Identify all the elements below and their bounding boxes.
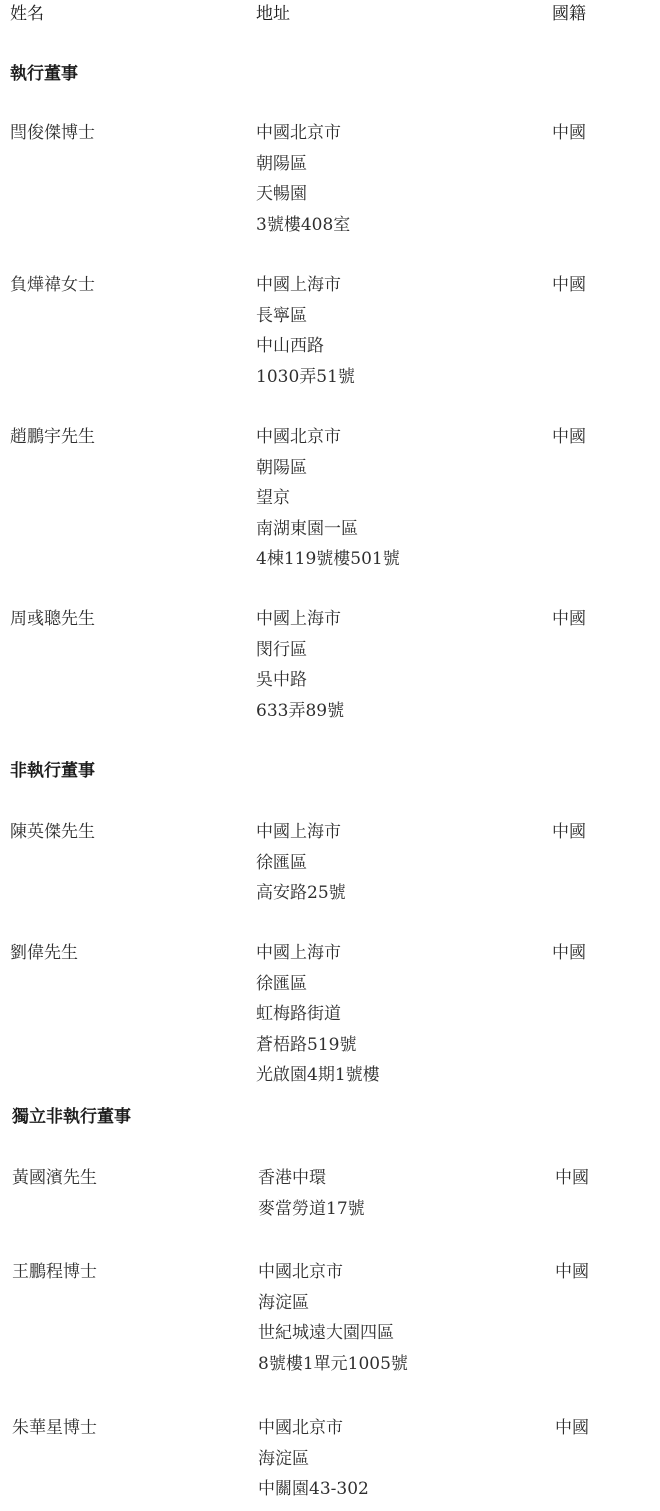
director-address: 中國上海市 徐匯區 虹梅路街道 蒼梧路519號 光啟園4期1號樓 xyxy=(256,938,380,1091)
director-nationality: 中國 xyxy=(552,607,586,631)
address-line: 海淀區 xyxy=(258,1444,369,1475)
director-nationality: 中國 xyxy=(552,273,586,297)
column-header-name: 姓名 xyxy=(10,2,44,26)
address-line: 中國上海市 xyxy=(256,938,380,969)
address-line: 中國北京市 xyxy=(258,1257,408,1288)
director-name: 朱華星博士 xyxy=(12,1416,97,1440)
director-address: 中國北京市 朝陽區 望京 南湖東園一區 4棟119號樓501號 xyxy=(256,422,400,575)
address-line: 中國北京市 xyxy=(256,422,400,453)
address-line: 長寧區 xyxy=(256,301,355,332)
director-name: 閆俊傑博士 xyxy=(10,121,95,145)
director-address: 中國上海市 閔行區 吳中路 633弄89號 xyxy=(256,604,344,726)
director-name: 負燁禕女士 xyxy=(10,273,95,297)
address-line: 虹梅路街道 xyxy=(256,999,380,1030)
address-line: 中山西路 xyxy=(256,331,355,362)
address-line: 閔行區 xyxy=(256,635,344,666)
address-line: 8號樓1單元1005號 xyxy=(258,1349,408,1380)
address-line: 朝陽區 xyxy=(256,149,350,180)
section-title-executive-directors: 執行董事 xyxy=(10,62,78,86)
address-line: 海淀區 xyxy=(258,1288,408,1319)
director-name: 陳英傑先生 xyxy=(10,820,95,844)
director-address: 中國上海市 長寧區 中山西路 1030弄51號 xyxy=(256,270,355,392)
address-line: 香港中環 xyxy=(258,1163,365,1194)
address-line: 朝陽區 xyxy=(256,453,400,484)
address-line: 高安路25號 xyxy=(256,878,346,909)
director-address: 香港中環 麥當勞道17號 xyxy=(258,1163,365,1224)
address-line: 吳中路 xyxy=(256,665,344,696)
address-line: 中關園43-302 xyxy=(258,1474,369,1505)
address-line: 南湖東園一區 xyxy=(256,514,400,545)
section-title-non-executive-directors: 非執行董事 xyxy=(10,759,95,783)
director-nationality: 中國 xyxy=(552,941,586,965)
director-name: 王鵬程博士 xyxy=(12,1260,97,1284)
director-nationality: 中國 xyxy=(552,425,586,449)
column-header-nationality: 國籍 xyxy=(552,2,586,26)
address-line: 中國北京市 xyxy=(256,118,350,149)
director-nationality: 中國 xyxy=(552,121,586,145)
address-line: 4棟119號樓501號 xyxy=(256,544,400,575)
address-line: 徐匯區 xyxy=(256,969,380,1000)
director-nationality: 中國 xyxy=(552,820,586,844)
director-nationality: 中國 xyxy=(555,1166,589,1190)
director-address: 中國上海市 徐匯區 高安路25號 xyxy=(256,817,346,909)
director-address: 中國北京市 朝陽區 天暢園 3號樓408室 xyxy=(256,118,350,240)
address-line: 3號樓408室 xyxy=(256,210,350,241)
address-line: 麥當勞道17號 xyxy=(258,1194,365,1225)
address-line: 世紀城遠大園四區 xyxy=(258,1318,408,1349)
address-line: 天暢園 xyxy=(256,179,350,210)
director-nationality: 中國 xyxy=(555,1260,589,1284)
director-name: 周彧聰先生 xyxy=(10,607,95,631)
address-line: 1030弄51號 xyxy=(256,362,355,393)
director-name: 黃國濱先生 xyxy=(12,1166,97,1190)
address-line: 633弄89號 xyxy=(256,696,344,727)
column-header-address: 地址 xyxy=(256,2,290,26)
address-line: 中國北京市 xyxy=(258,1413,369,1444)
address-line: 中國上海市 xyxy=(256,604,344,635)
director-address: 中國北京市 海淀區 世紀城遠大園四區 8號樓1單元1005號 xyxy=(258,1257,408,1379)
address-line: 蒼梧路519號 xyxy=(256,1030,380,1061)
address-line: 徐匯區 xyxy=(256,848,346,879)
director-address: 中國北京市 海淀區 中關園43-302 xyxy=(258,1413,369,1505)
director-name: 劉偉先生 xyxy=(10,941,78,965)
address-line: 望京 xyxy=(256,483,400,514)
address-line: 光啟園4期1號樓 xyxy=(256,1060,380,1091)
address-line: 中國上海市 xyxy=(256,270,355,301)
address-line: 中國上海市 xyxy=(256,817,346,848)
director-nationality: 中國 xyxy=(555,1416,589,1440)
section-title-independent-non-executive-directors: 獨立非執行董事 xyxy=(12,1105,131,1129)
director-name: 趙鵬宇先生 xyxy=(10,425,95,449)
